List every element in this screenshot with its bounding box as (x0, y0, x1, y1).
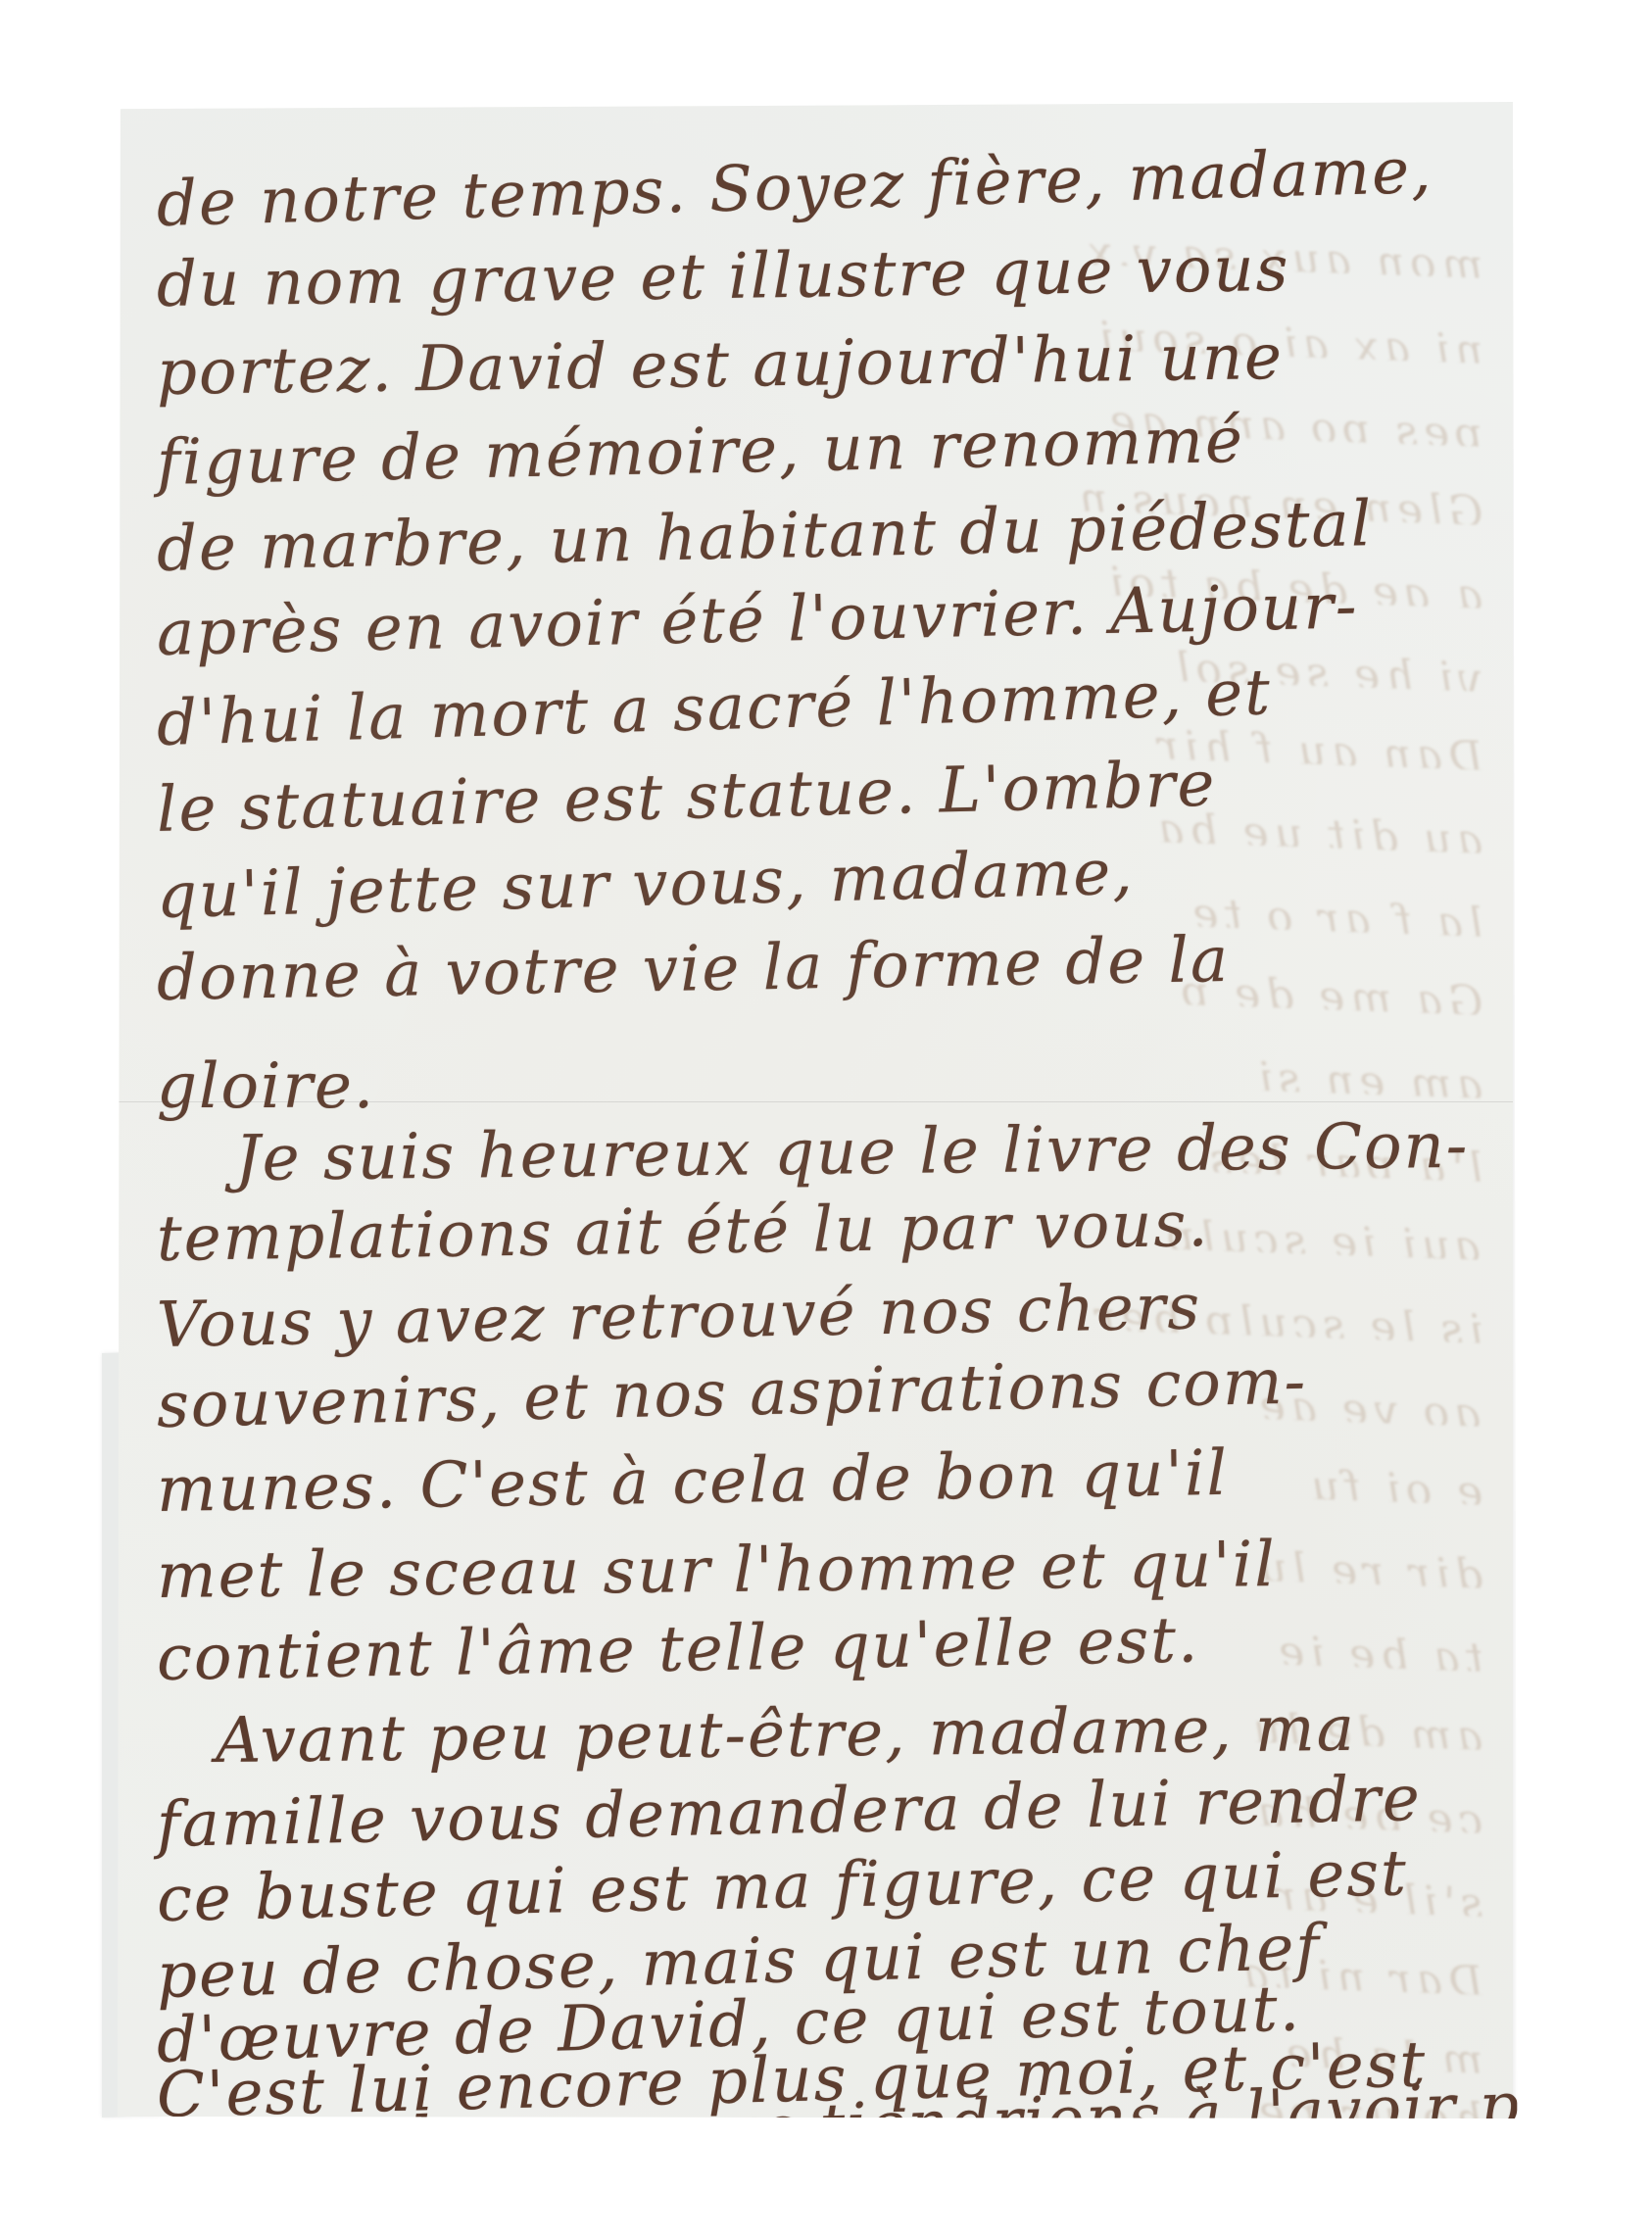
letter-line: munes. C'est à cela de bon qu'il (156, 1437, 1229, 1527)
letter-line: qu'il jette sur vous, madame, (156, 837, 1135, 933)
letter-line: Avant peu peut-être, madame, ma (216, 1693, 1357, 1777)
letter-line: met le sceau sur l'homme et qu'il (157, 1529, 1277, 1613)
letter-line: figure de mémoire, un renommé (156, 405, 1244, 500)
letter-line: après en avoir été l'ouvrier. Aujour- (156, 570, 1359, 670)
letter-line: Vous y avez retrouvé nos chers (156, 1271, 1201, 1362)
letter-line: d'hui la mort a sacré l'homme, et (156, 657, 1273, 760)
letter-line: portez. David est aujourd'hui une (156, 321, 1284, 410)
letter-line: le statuaire est statue. L'ombre (156, 749, 1217, 847)
letter-line: donne à votre vie la forme de la (156, 924, 1230, 1015)
letter-line: gloire. (157, 1050, 375, 1123)
letter-line: de marbre, un habitant du piédestal (156, 488, 1374, 586)
letter-line: Je suis heureux que le livre des Con- (235, 1110, 1470, 1195)
letter-line: templations ait été lu par vous. (156, 1189, 1210, 1276)
letter-line: de notre temps. Soyez fière, madame, (156, 135, 1433, 241)
letter-sheet: mon aux sa v.x ni ax ai o soui pes po an… (118, 102, 1513, 2118)
letter-line: du nom grave et illustre que vous (156, 233, 1289, 321)
letter-line: contient l'âme telle qu'elle est. (156, 1604, 1200, 1695)
letter-line: souvenirs, et nos aspirations com- (156, 1345, 1308, 1442)
